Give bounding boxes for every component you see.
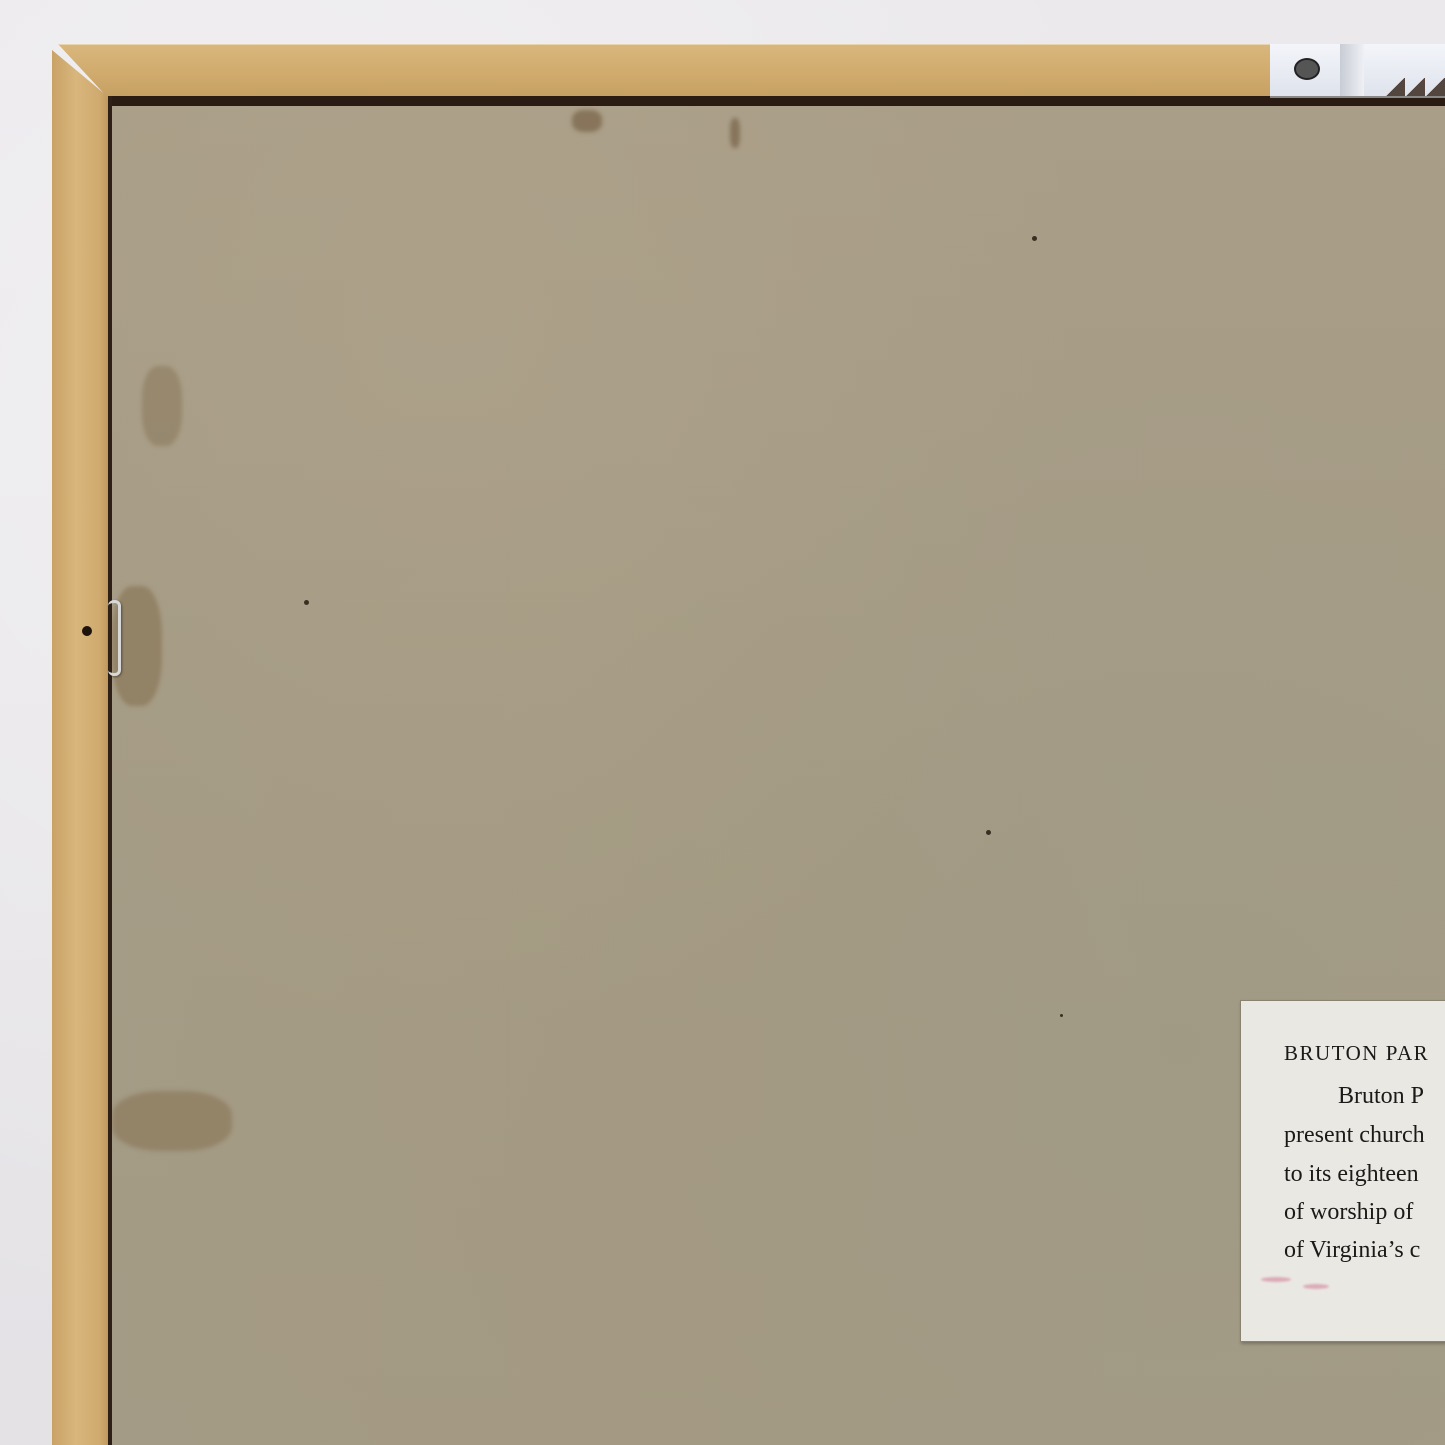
sawtooth-hanger — [1270, 44, 1445, 98]
printed-label: BRUTON PAR Bruton P present church to it… — [1240, 1000, 1445, 1342]
hanger-fold — [1340, 44, 1364, 96]
speck — [1060, 1014, 1063, 1017]
label-line: Bruton P — [1338, 1083, 1424, 1110]
stain-mark — [572, 110, 602, 132]
frame-nail-hole — [82, 626, 92, 636]
label-line: to its eighteen — [1284, 1161, 1419, 1188]
frame-left-rail — [52, 50, 112, 1445]
frame-inner-gap-left — [108, 96, 112, 1445]
speck — [1032, 236, 1037, 241]
stain-mark — [142, 366, 182, 446]
frame-top-rail — [58, 44, 1445, 100]
stain-mark — [112, 1091, 232, 1151]
wire-staple — [108, 600, 121, 676]
hanger-teeth — [1385, 78, 1445, 96]
hanger-nail-hole — [1294, 58, 1320, 80]
frame-inner-gap-top — [108, 96, 1445, 106]
label-line: present church — [1284, 1122, 1425, 1149]
speck — [304, 600, 309, 605]
stain-mark — [730, 118, 740, 148]
pink-ink-mark — [1261, 1277, 1291, 1282]
pink-ink-mark — [1303, 1284, 1329, 1289]
label-line: of worship of — [1284, 1199, 1413, 1226]
label-line: of Virginia’s c — [1284, 1237, 1420, 1264]
speck — [986, 830, 991, 835]
label-title: BRUTON PAR — [1284, 1041, 1429, 1066]
